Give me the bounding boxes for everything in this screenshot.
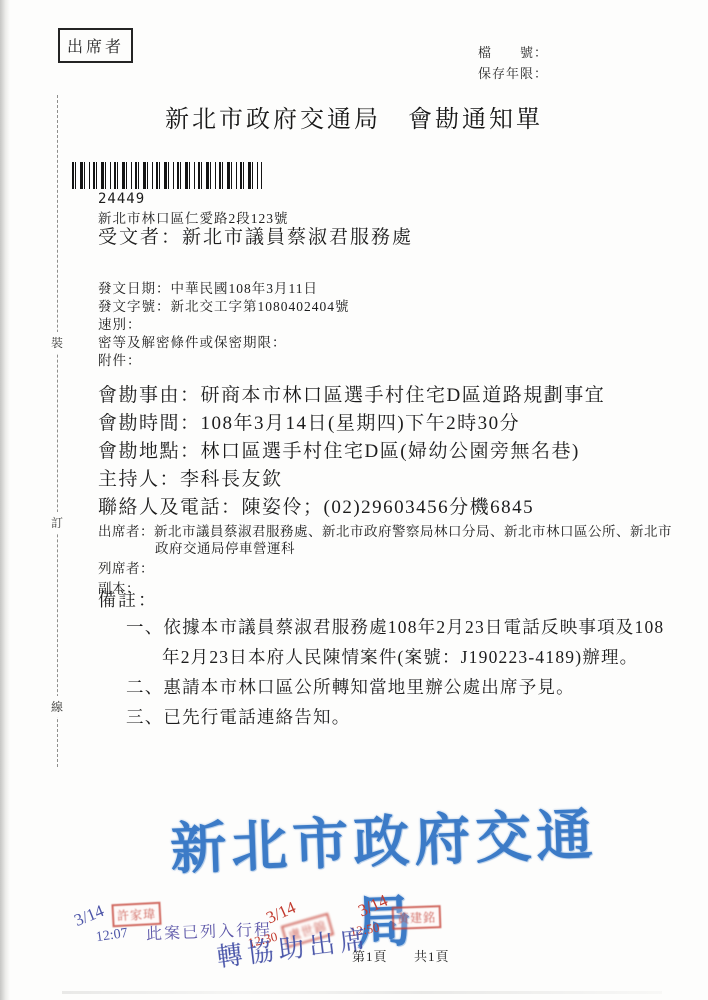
attachment-line: 附件： xyxy=(98,352,350,370)
recipient-line: 受文者：新北市議員蔡淑君服務處 xyxy=(98,222,413,249)
contact-line: 聯絡人及電話：陳姿伶；(02)29603456分機6845 xyxy=(98,494,605,522)
host-line: 主持人：李科長友欽 xyxy=(98,466,605,494)
binding-mark-xian: 線 xyxy=(48,696,66,717)
retention-period-label: 保存年限： xyxy=(478,63,548,84)
issue-date-line: 發文日期：中華民國108年3月11日 xyxy=(98,280,350,298)
file-number-block: 檔 號： 保存年限： xyxy=(478,42,548,84)
secrecy-line: 密等及解密條件或保密期限： xyxy=(98,334,350,352)
survey-location-line: 會勘地點：林口區選手村住宅D區(婦幼公園旁無名巷) xyxy=(98,438,605,466)
remark-item-2: 二、惠請本市林口區公所轉知當地里辦公處出席予見。 xyxy=(126,672,682,702)
page-footer: 第1頁 共1頁 xyxy=(352,946,450,965)
remarks-label: 備註： xyxy=(98,586,158,612)
barcode-number: 24449 xyxy=(98,191,145,207)
scan-smudge-artifact xyxy=(62,991,662,994)
speed-class-line: 速別： xyxy=(98,316,350,334)
file-number-label: 檔 號： xyxy=(478,42,548,63)
survey-subject-line: 會勘事由：研商本市林口區選手村住宅D區道路規劃事宜 xyxy=(98,382,605,410)
document-metadata: 發文日期：中華民國108年3月11日 發文字號：新北交工字第1080402404… xyxy=(98,280,350,370)
name-stamp-3: 黃建銘 xyxy=(392,905,442,930)
cc-line: 副本： xyxy=(98,580,673,597)
handwritten-time-1: 12:07 xyxy=(95,926,129,946)
remark-item-1: 一、依據本市議員蔡淑君服務處108年2月23日電話反映事項及108年2月23日本… xyxy=(126,612,682,672)
page-number: 第1頁 xyxy=(352,949,388,964)
attendee-box-label: 出席者 xyxy=(58,28,133,63)
scanned-document: 裝 訂 線 出席者 檔 號： 保存年限： 新北市政府交通局 會勘通知單 2444… xyxy=(0,0,708,1000)
handwritten-date-1: 3/14 xyxy=(71,901,107,931)
survey-time-line: 會勘時間：108年3月14日(星期四)下午2時30分 xyxy=(98,410,605,438)
survey-fields: 會勘事由：研商本市林口區選手村住宅D區道路規劃事宜 會勘時間：108年3月14日… xyxy=(98,382,605,522)
binding-mark-zhuang: 裝 xyxy=(48,332,66,353)
scan-edge-artifact xyxy=(0,0,10,1000)
page-total: 共1頁 xyxy=(414,949,450,964)
binding-mark-ding: 訂 xyxy=(48,512,66,533)
document-title: 新北市政府交通局 會勘通知單 xyxy=(0,99,708,134)
observers-line: 列席者： xyxy=(98,560,673,577)
remark-item-3: 三、已先行電話連絡告知。 xyxy=(126,702,682,732)
remarks-list: 一、依據本市議員蔡淑君服務處108年2月23日電話反映事項及108年2月23日本… xyxy=(126,612,682,732)
attendance-block: 出席者：新北市議員蔡淑君服務處、新北市政府警察局林口分局、新北市林口區公所、新北… xyxy=(98,523,673,597)
issue-number-line: 發文字號：新北交工字第1080402404號 xyxy=(98,298,350,316)
barcode-icon xyxy=(72,162,262,189)
attendees-line: 出席者：新北市議員蔡淑君服務處、新北市政府警察局林口分局、新北市林口區公所、新北… xyxy=(98,523,673,557)
binding-margin-line xyxy=(57,95,58,767)
